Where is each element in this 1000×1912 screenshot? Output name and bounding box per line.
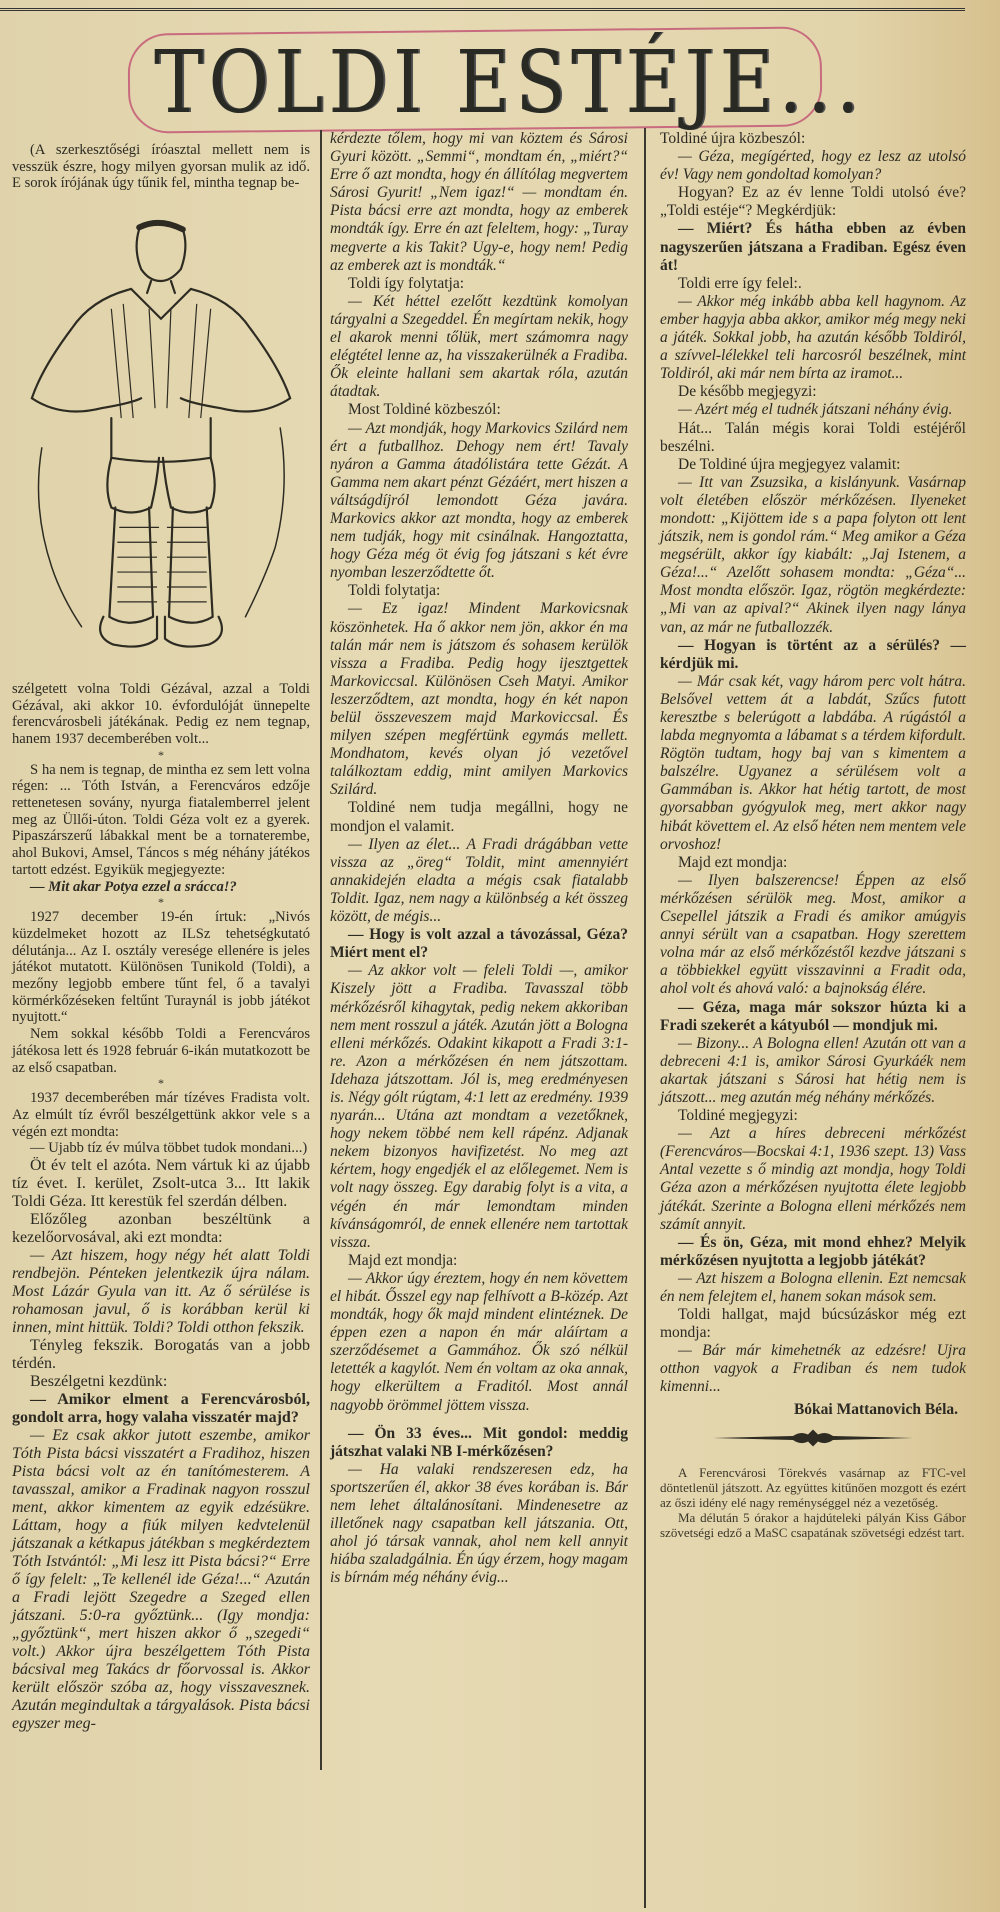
question-paragraph: — Hogyan is történt az a sérülés? — kérd… [660,637,966,673]
paragraph: De később megjegyzi: [660,383,966,401]
paragraph: 1927 december 19-én írtuk: „Nivós küzdel… [12,909,310,1026]
quote-paragraph: — Azt hiszem, hogy négy hét alatt Toldi … [12,1247,310,1337]
question-paragraph: — Hogy is volt azzal a távozással, Géza?… [330,926,628,962]
answer-paragraph: — Ha valaki rendszeresen edz, ha sportsz… [330,1461,628,1588]
paragraph: Majd ezt mondja: [330,1252,628,1270]
intro-paragraph: (A szerkesztőségi íróasztal mellett nem … [12,142,310,192]
top-rule [0,0,965,11]
section-separator: * [12,895,310,909]
section-separator: * [12,748,310,762]
question-paragraph: — Miért? És hátha ebben az évben nagysze… [660,220,966,274]
paragraph: Toldi folytatja: [330,582,628,600]
quote-paragraph: — Mit akar Potya ezzel a srácca!? [12,879,310,896]
author-signature: Bókai Mattanovich Béla. [660,1401,966,1419]
answer-paragraph: — Ez csak akkor jutott eszembe, amikor T… [12,1427,310,1733]
question-paragraph: — Géza, maga már sokszor húzta ki a Frad… [660,999,966,1035]
answer-paragraph: — Itt van Zsuzsika, a kislányunk. Vasárn… [660,474,966,637]
question-paragraph: — És ön, Géza, mit mond ehhez? Melyik mé… [660,1234,966,1270]
paragraph: Öt év telt el azóta. Nem vártuk ki az új… [12,1157,310,1211]
answer-paragraph: — Akkor még inkább abba kell hagynom. Az… [660,293,966,383]
answer-paragraph: — Azt hiszem a Bologna ellenin. Ezt nemc… [660,1270,966,1306]
paragraph: Toldi erre így felel:. [660,275,966,293]
paragraph: Előzőleg azonban beszéltünk a kezelőorvo… [12,1211,310,1247]
headline-block: TOLDI ESTÉJE... [128,30,828,130]
column-divider [320,130,322,1770]
answer-paragraph: — Ez igaz! Mindent Markovicsnak köszönhe… [330,600,628,799]
answer-paragraph: — Már csak két, vagy három perc volt hát… [660,673,966,854]
paragraph: 1937 decemberében már tízéves Fradista v… [12,1090,310,1140]
question-paragraph: — Amikor elment a Ferencvárosból, gondol… [12,1391,310,1427]
paragraph: szélgetett volna Toldi Gézával, azzal a … [12,681,310,748]
answer-paragraph: — Ilyen balszerencse! Éppen az első mérk… [660,872,966,999]
answer-paragraph: — Bár már kimehetnék az edzésre! Ujra ot… [660,1342,966,1396]
answer-paragraph: — Bizony... A Bologna ellen! Azután ott … [660,1035,966,1107]
paragraph: Toldiné megjegyzi: [660,1107,966,1125]
paragraph: Nem sokkal később Toldi a Ferencváros já… [12,1026,310,1076]
answer-paragraph: — Ilyen az élet... A Fradi drágábban vet… [330,836,628,926]
headline: TOLDI ESTÉJE... [154,38,865,128]
paragraph: — Ujabb tíz év múlva többet tudok mondan… [12,1140,310,1157]
answer-paragraph: — Két héttel ezelőtt kezdtünk komolyan t… [330,293,628,402]
paragraph: Toldiné nem tudja megállni, hogy ne mond… [330,799,628,835]
paragraph: Beszélgetni kezdünk: [12,1373,310,1391]
paragraph: De Toldiné újra megjegyez valamit: [660,456,966,474]
paragraph: S ha nem is tegnap, de mintha ez sem let… [12,762,310,879]
answer-paragraph: — Akkor úgy éreztem, hogy én nem követte… [330,1270,628,1415]
paragraph: Toldi így folytatja: [330,275,628,293]
question-paragraph: — Ön 33 éves... Mit gondol: meddig játsz… [330,1425,628,1461]
paragraph: Majd ezt mondja: [660,854,966,872]
column-2: kérdezte tőlem, hogy mi van köztem és Sá… [330,130,628,1588]
paragraph: Hát... Talán mégis korai Toldi estéjéről… [660,420,966,456]
ornament-divider-icon [713,1427,913,1449]
answer-paragraph: kérdezte tőlem, hogy mi van köztem és Sá… [330,130,628,275]
column-3: Toldiné újra közbeszól: — Géza, megígért… [660,130,966,1540]
column-divider [644,128,646,1908]
paragraph: Most Toldiné közbeszól: [330,401,628,419]
answer-paragraph: — Az akkor volt — feleli Toldi —, amikor… [330,962,628,1252]
news-brief: A Ferencvárosi Törekvés vasárnap az FTC-… [660,1465,966,1510]
answer-paragraph: — Azt mondják, hogy Markovics Szilárd ne… [330,420,628,583]
paragraph: Toldi hallgat, majd búcsúzáskor még ezt … [660,1306,966,1342]
paragraph: Toldiné újra közbeszól: [660,130,966,148]
answer-paragraph: — Azért még el tudnék játszani néhány év… [660,401,966,419]
footballer-illustration-icon [12,198,310,668]
column-1: (A szerkesztőségi íróasztal mellett nem … [12,142,310,1733]
paragraph: Hogyan? Ez az év lenne Toldi utolsó éve?… [660,184,966,220]
paragraph: Tényleg fekszik. Borogatás van a jobb té… [12,1337,310,1373]
answer-paragraph: — Azt a híres debreceni mérkőzést (Feren… [660,1125,966,1234]
news-brief: Ma délután 5 órakor a hajdúteleki pályán… [660,1510,966,1540]
section-separator: * [12,1076,310,1090]
answer-paragraph: — Géza, megígérted, hogy ez lesz az utol… [660,148,966,184]
